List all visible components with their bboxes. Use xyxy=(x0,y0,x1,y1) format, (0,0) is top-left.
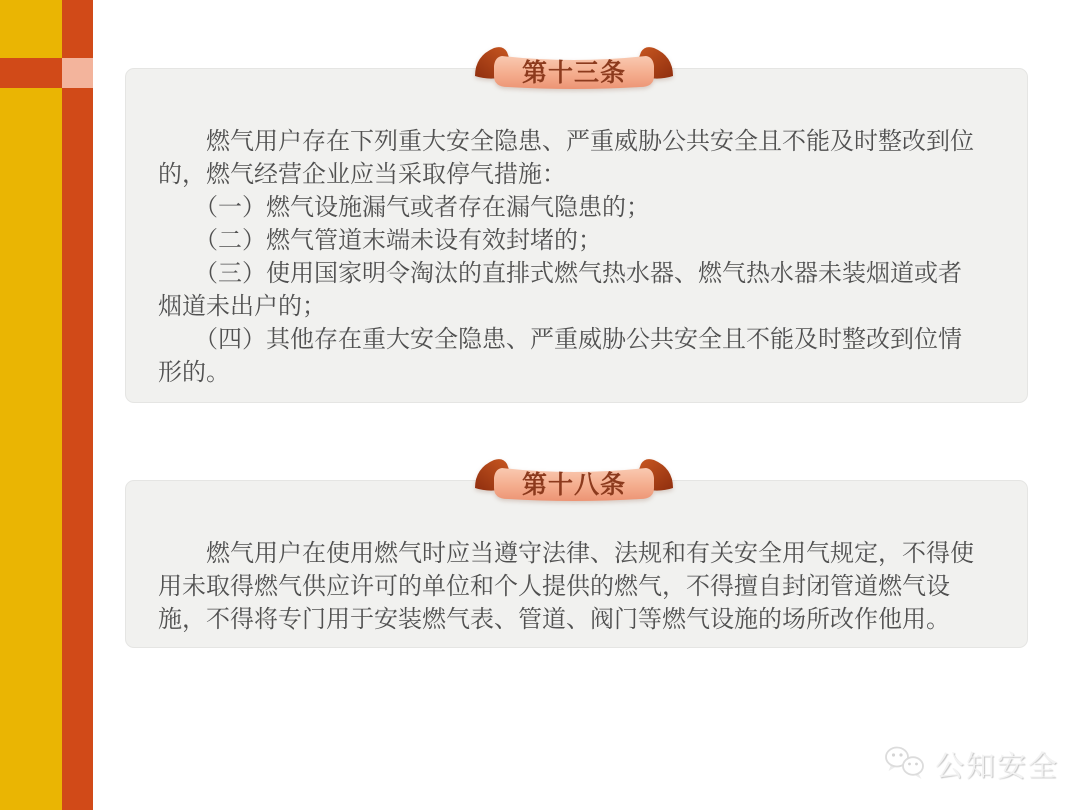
article-13-item-4: （四）其他存在重大安全隐患、严重威胁公共安全且不能及时整改到位情形的。 xyxy=(158,323,976,389)
slide-page: 燃气用户存在下列重大安全隐患、严重威胁公共安全且不能及时整改到位的，燃气经营企业… xyxy=(0,0,1080,810)
ribbon-banner-icon: 第十八条 xyxy=(471,456,677,502)
article-13-item-1: （一）燃气设施漏气或者存在漏气隐患的； xyxy=(158,191,976,224)
ribbon-label-13: 第十三条 xyxy=(522,58,626,87)
left-stripe-yellow xyxy=(0,0,62,810)
article-13-item-3: （三）使用国家明令淘汰的直排式燃气热水器、燃气热水器未装烟道或者烟道未出户的； xyxy=(158,257,976,323)
article-18-body: 燃气用户在使用燃气时应当遵守法律、法规和有关安全用气规定，不得使用未取得燃气供应… xyxy=(158,537,976,636)
ribbon-banner-icon: 第十三条 xyxy=(471,44,677,90)
watermark-label: 公知安全 xyxy=(935,744,1059,785)
wechat-icon xyxy=(884,743,930,785)
ribbon-label-18: 第十八条 xyxy=(522,470,626,499)
article-13-intro: 燃气用户存在下列重大安全隐患、严重威胁公共安全且不能及时整改到位的，燃气经营企业… xyxy=(158,125,976,191)
left-band-red xyxy=(0,58,62,88)
ribbon-article-13: 第十三条 xyxy=(471,44,677,90)
article-card-13: 燃气用户存在下列重大安全隐患、严重威胁公共安全且不能及时整改到位的，燃气经营企业… xyxy=(125,68,1028,403)
left-stripe-red xyxy=(62,0,93,810)
article-13-item-2: （二）燃气管道末端未设有效封堵的； xyxy=(158,224,976,257)
article-card-18: 燃气用户在使用燃气时应当遵守法律、法规和有关安全用气规定，不得使用未取得燃气供应… xyxy=(125,480,1028,648)
left-band-pink xyxy=(62,58,93,88)
watermark: 公知安全 xyxy=(884,742,1059,786)
ribbon-article-18: 第十八条 xyxy=(471,456,677,502)
